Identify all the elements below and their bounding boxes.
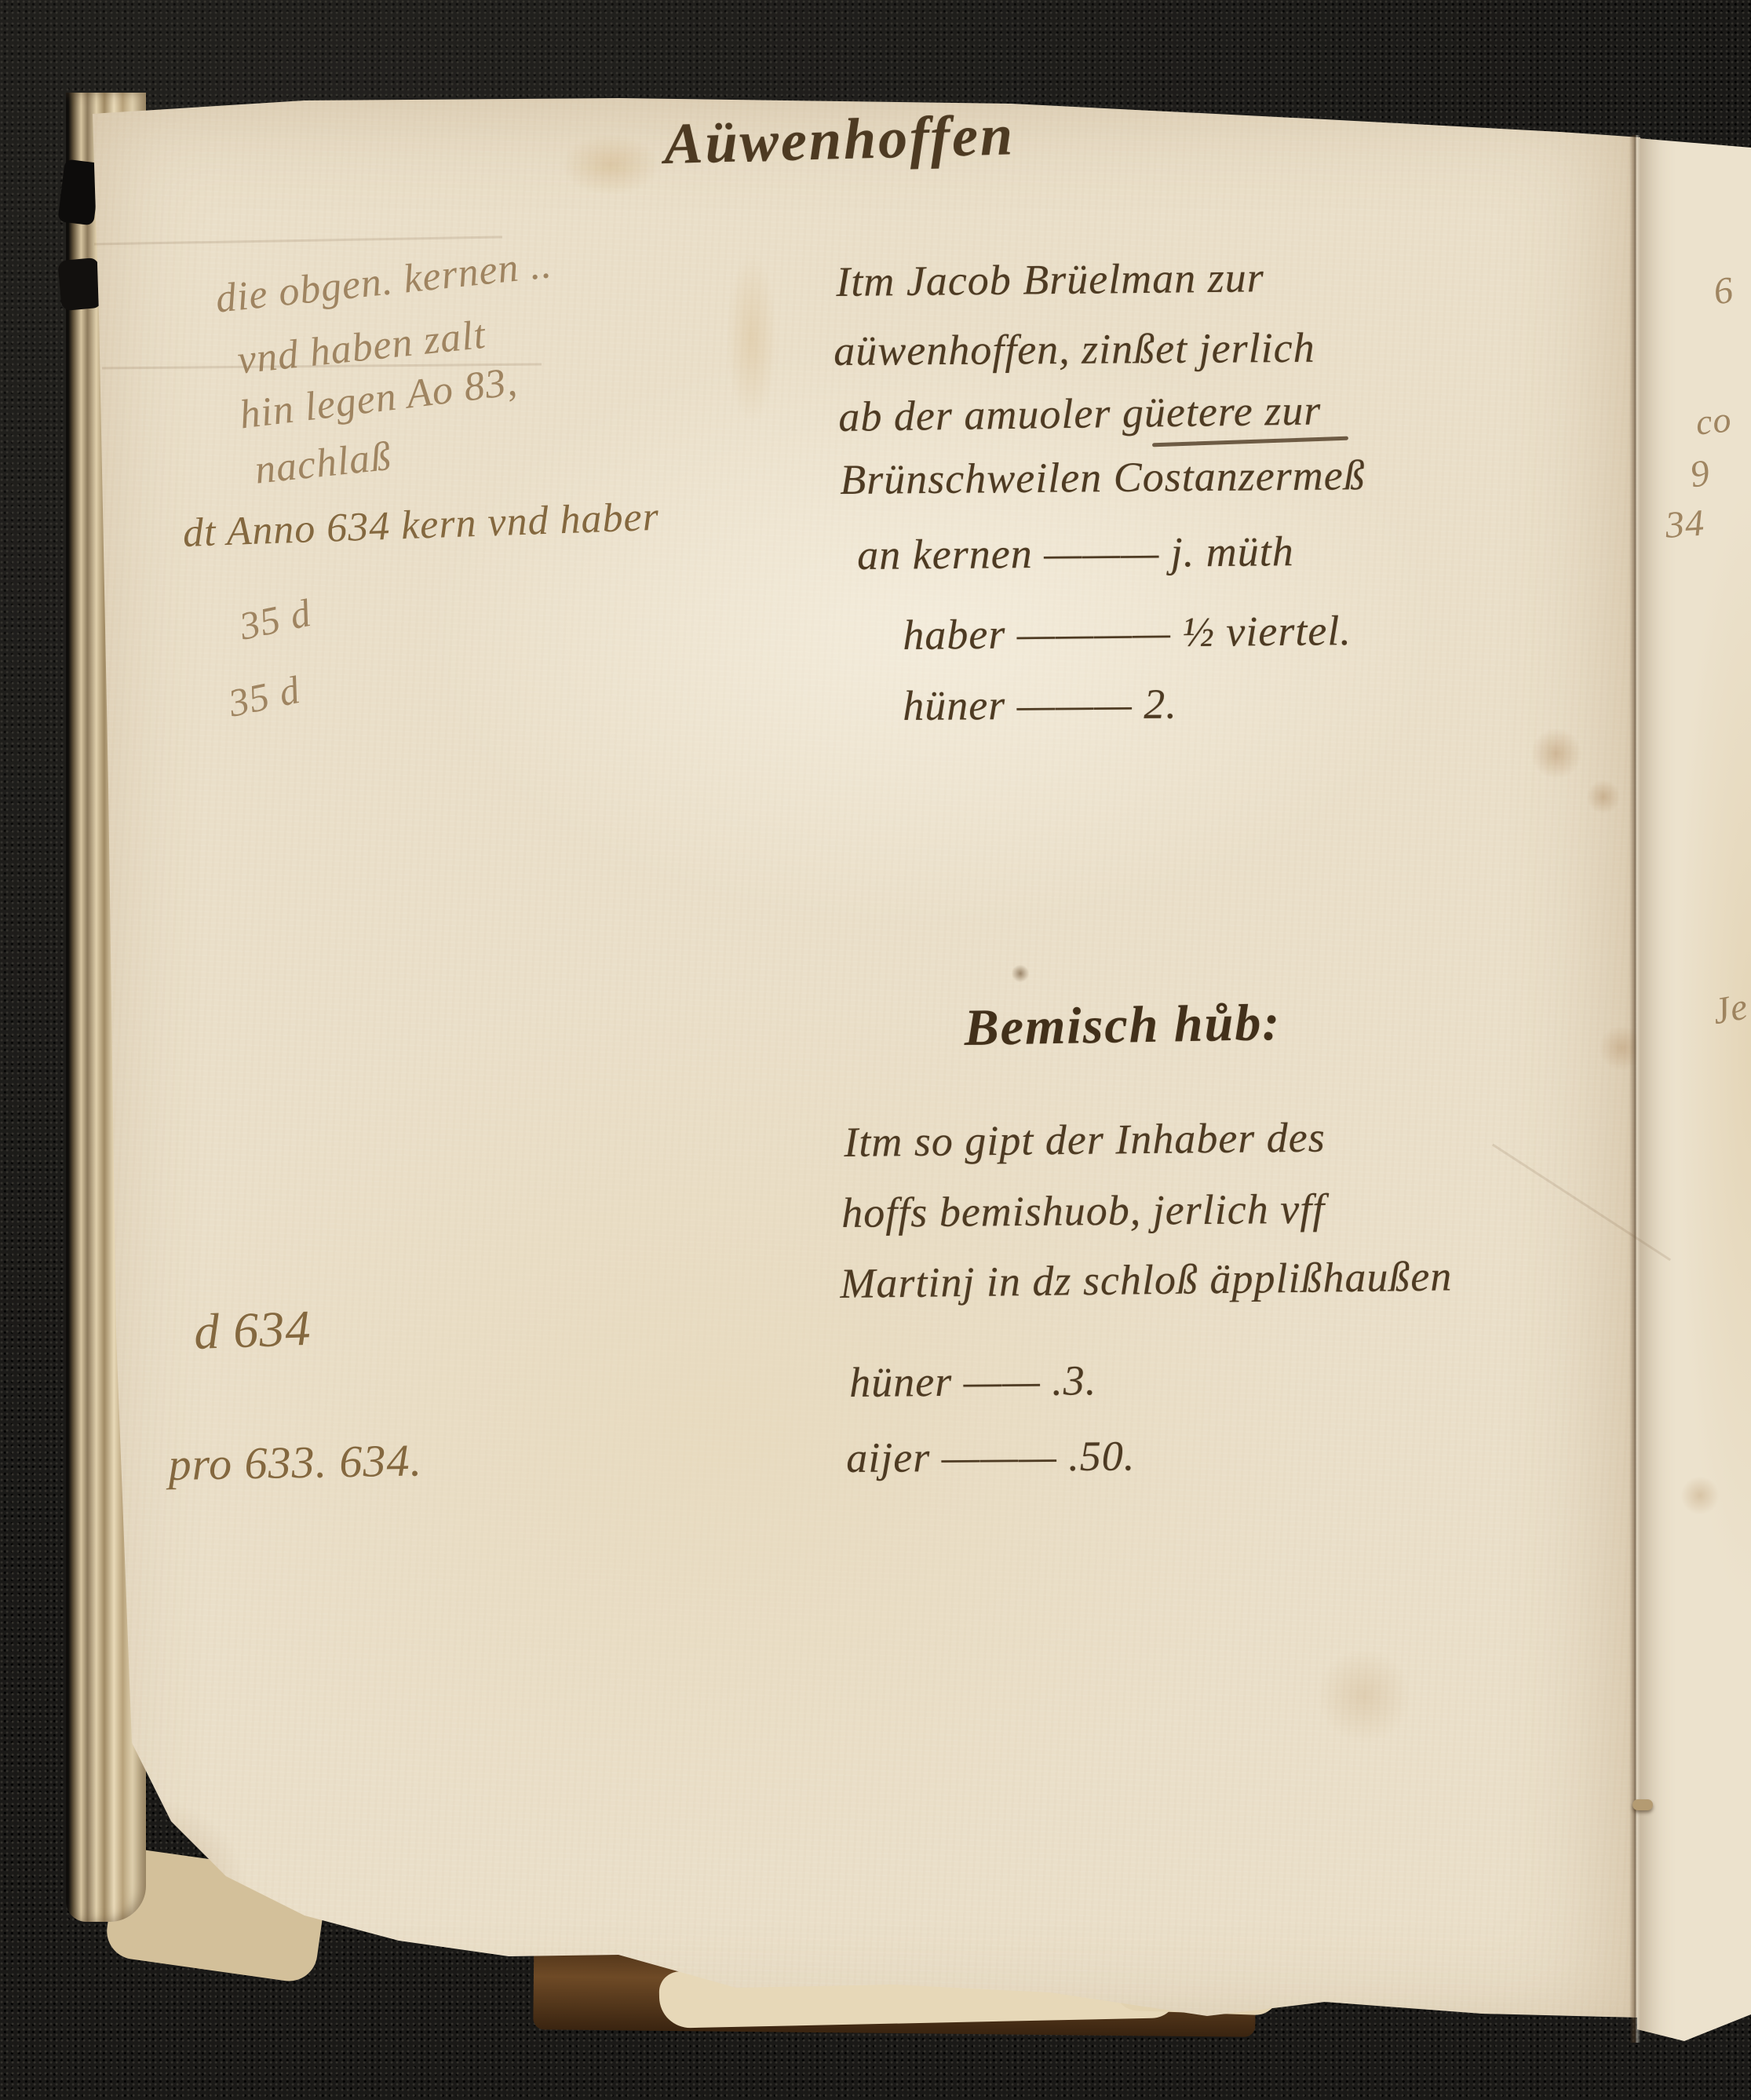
entry1-line: ab der amuoler güetere zur	[838, 385, 1322, 441]
entry2-line: Martinj in dz schloß äpplißhaußen	[840, 1251, 1453, 1308]
entry1-line: hüner ——— 2.	[903, 680, 1177, 730]
edge-fragment: co	[1694, 398, 1734, 443]
page-stack-gap-2	[57, 257, 102, 311]
gutter-fold	[1629, 135, 1640, 2043]
entry1-line: haber ———— ½ viertel.	[903, 606, 1352, 659]
page-title: Aüwenhoffen	[663, 102, 1016, 178]
entry2-line: aijer ——— .50.	[846, 1431, 1135, 1482]
binding-stitch	[1632, 1799, 1653, 1810]
manuscript-photo: Aüwenhoffen Itm Jacob Brüelman zur aüwen…	[0, 0, 1751, 2100]
margin-year-note: d 634	[193, 1299, 312, 1361]
entry2-line: Itm so gipt der Inhaber des	[844, 1113, 1326, 1167]
entry2-line: hoffs bemishuob, jerlich vff	[841, 1185, 1325, 1237]
entry1-line: an kernen ——— j. müth	[857, 527, 1294, 579]
section-heading: Bemisch hůb:	[964, 993, 1282, 1058]
adjacent-page-sliver	[1637, 0, 1751, 2100]
margin-pro-note: pro 633. 634.	[168, 1433, 423, 1491]
entry1-line: aüwenhoffen, zinßet jerlich	[834, 323, 1315, 375]
entry1-line: Brünschweilen Costanzermeß	[840, 451, 1366, 504]
edge-fragment: 34	[1664, 502, 1706, 547]
edge-fragment: Je	[1709, 984, 1751, 1033]
entry1-line: Itm Jacob Brüelman zur	[836, 253, 1264, 306]
entry2-line: hüner —— .3.	[849, 1356, 1097, 1407]
